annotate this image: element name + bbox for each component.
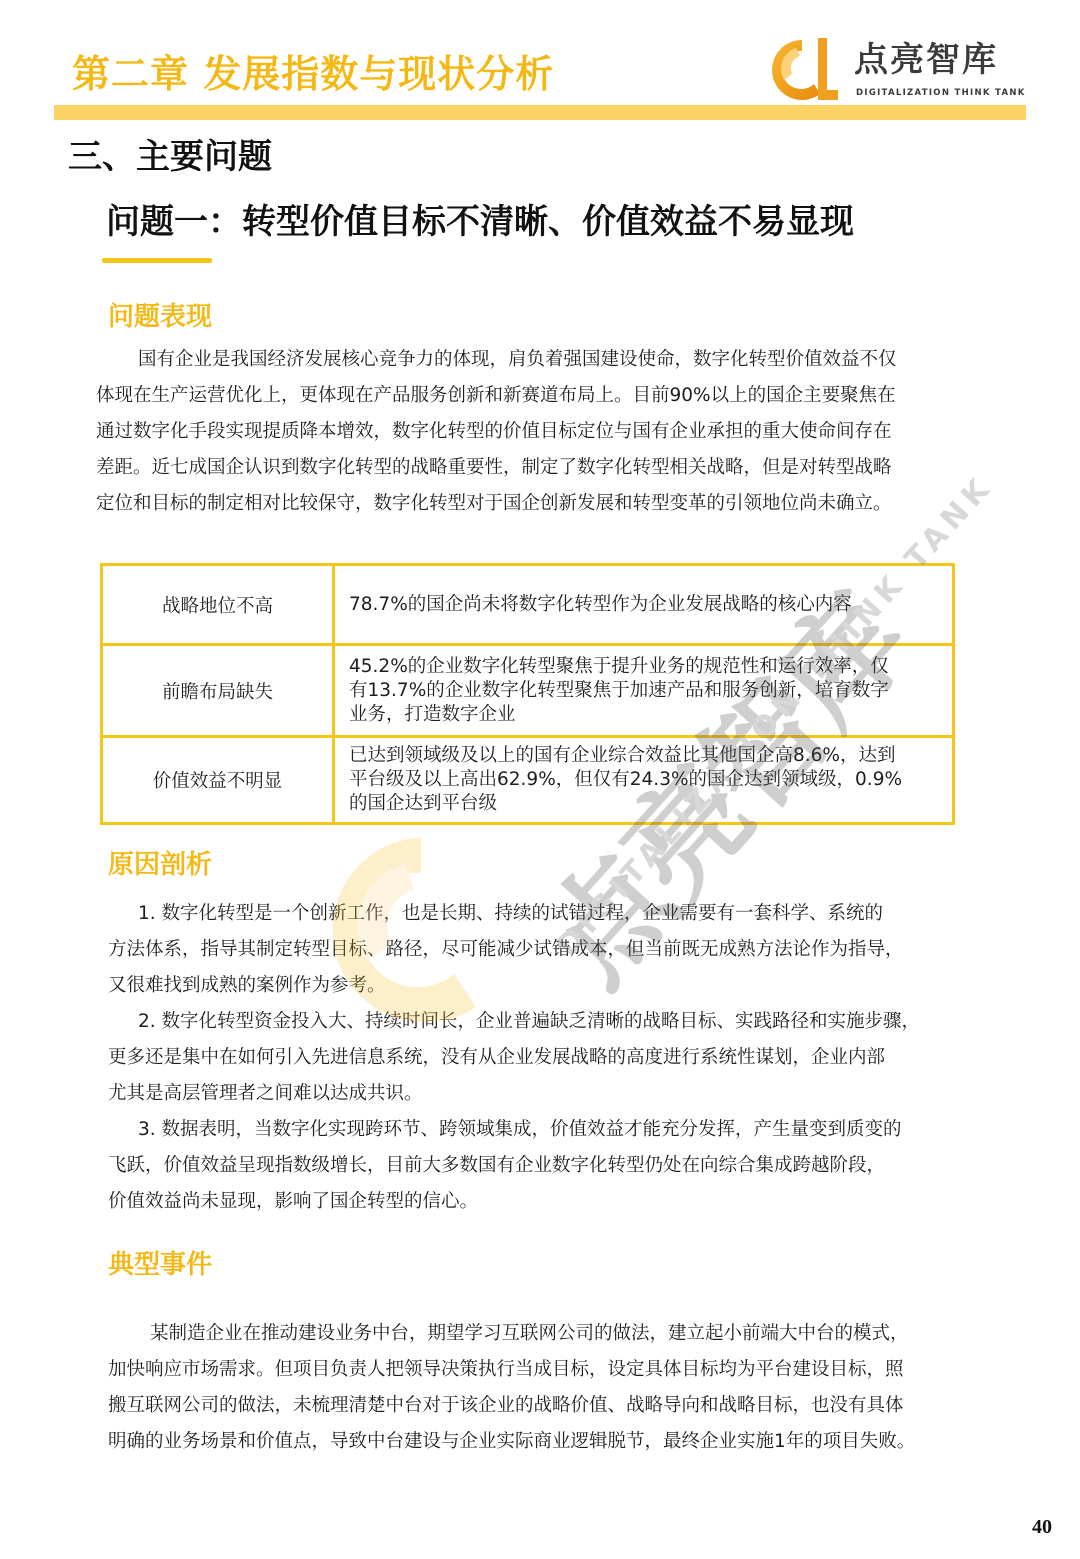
paragraph-line: 差距。近七成国企认识到数字化转型的战略重要性，制定了数字化转型相关战略，但是对转… [96, 450, 897, 486]
paragraph-line: 某制造企业在推动建设业务中台，期望学习互联网公司的做法，建立起小前端大中台的模式… [108, 1316, 915, 1352]
problem-data-table: 战略地位不高 78.7%的国企尚未将数字化转型作为企业发展战略的核心内容 前瞻布… [100, 563, 955, 825]
header-divider-bar [54, 105, 1026, 120]
table-value-line: 有13.7%的企业数字化转型聚焦于加速产品和服务创新，培育数字 [349, 679, 938, 703]
paragraph-line: 1. 数字化转型是一个创新工作，也是长期、持续的试错过程，企业需要有一套科学、系… [108, 896, 920, 932]
paragraph-line: 价值效益尚未显现，影响了国企转型的信心。 [108, 1184, 920, 1220]
paragraph-line: 2. 数字化转型资金投入大、持续时间长，企业普遍缺乏清晰的战略目标、实践路径和实… [108, 1004, 920, 1040]
chapter-title: 第二章 发展指数与现状分析 [72, 50, 554, 98]
table-row-value: 45.2%的企业数字化转型聚焦于提升业务的规范性和运行效率，仅 有13.7%的企… [334, 645, 954, 737]
paragraph-line: 3. 数据表明，当数字化实现跨环节、跨领域集成，价值效益才能充分发挥，产生量变到… [108, 1112, 920, 1148]
table-row: 前瞻布局缺失 45.2%的企业数字化转型聚焦于提升业务的规范性和运行效率，仅 有… [102, 645, 954, 737]
table-row-value: 已达到领域级及以上的国有企业综合效益比其他国企高8.6%，达到 平台级及以上高出… [334, 737, 954, 824]
logo-name-en: DIGITALIZATION THINK TANK [856, 88, 1026, 98]
paragraph-line: 方法体系，指导其制定转型目标、路径，尽可能减少试错成本，但当前既无成熟方法论作为… [108, 932, 920, 968]
paragraph-line: 通过数字化手段实现提质降本增效，数字化转型的价值目标定位与国有企业承担的重大使命… [96, 414, 897, 450]
manifestation-paragraph: 国有企业是我国经济发展核心竞争力的体现，肩负着强国建设使命，数字化转型价值效益不… [96, 342, 897, 522]
causes-heading: 原因剖析 [108, 848, 212, 882]
table-row: 价值效益不明显 已达到领域级及以上的国有企业综合效益比其他国企高8.6%，达到 … [102, 737, 954, 824]
paragraph-line: 尤其是高层管理者之间难以达成共识。 [108, 1076, 920, 1112]
table-value-line: 业务，打造数字企业 [349, 703, 938, 727]
paragraph-line: 更多还是集中在如何引入先进信息系统，没有从企业发展战略的高度进行系统性谋划，企业… [108, 1040, 920, 1076]
table-value-line: 45.2%的企业数字化转型聚焦于提升业务的规范性和运行效率，仅 [349, 655, 938, 679]
brand-logo: 点亮智库 DIGITALIZATION THINK TANK [762, 34, 1032, 104]
paragraph-line: 国有企业是我国经济发展核心竞争力的体现，肩负着强国建设使命，数字化转型价值效益不… [96, 342, 897, 378]
logo-name-cn: 点亮智库 [854, 40, 998, 80]
case-heading: 典型事件 [108, 1248, 212, 1282]
dianliang-logo-mark-icon [762, 34, 842, 104]
paragraph-line: 定位和目标的制定相对比较保守，数字化转型对于国企创新发展和转型变革的引领地位尚未… [96, 486, 897, 522]
section-title: 三、主要问题 [68, 134, 272, 180]
table-row-label: 前瞻布局缺失 [102, 645, 334, 737]
paragraph-line: 搬互联网公司的做法，未梳理清楚中台对于该企业的战略价值、战略导向和战略目标，也没… [108, 1388, 915, 1424]
case-paragraph: 某制造企业在推动建设业务中台，期望学习互联网公司的做法，建立起小前端大中台的模式… [108, 1316, 915, 1460]
table-value-line: 78.7%的国企尚未将数字化转型作为企业发展战略的核心内容 [349, 593, 938, 617]
paragraph-line: 体现在生产运营优化上，更体现在产品服务创新和新赛道布局上。目前90%以上的国企主… [96, 378, 897, 414]
problem-title: 问题一：转型价值目标不清晰、价值效益不易显现 [106, 198, 854, 246]
table-value-line: 已达到领域级及以上的国有企业综合效益比其他国企高8.6%，达到 [349, 744, 938, 768]
table-value-line: 的国企达到平台级 [349, 792, 938, 816]
manifestation-heading: 问题表现 [108, 300, 212, 334]
table-row: 战略地位不高 78.7%的国企尚未将数字化转型作为企业发展战略的核心内容 [102, 565, 954, 645]
table-row-label: 价值效益不明显 [102, 737, 334, 824]
table-value-line: 平台级及以上高出62.9%，但仅有24.3%的国企达到领域级，0.9% [349, 768, 938, 792]
problem-title-underline [102, 258, 212, 263]
paragraph-line: 加快响应市场需求。但项目负责人把领导决策执行当成目标，设定具体目标均为平台建设目… [108, 1352, 915, 1388]
table-row-value: 78.7%的国企尚未将数字化转型作为企业发展战略的核心内容 [334, 565, 954, 645]
paragraph-line: 又很难找到成熟的案例作为参考。 [108, 968, 920, 1004]
causes-paragraphs: 1. 数字化转型是一个创新工作，也是长期、持续的试错过程，企业需要有一套科学、系… [108, 896, 920, 1220]
table-row-label: 战略地位不高 [102, 565, 334, 645]
paragraph-line: 飞跃，价值效益呈现指数级增长，目前大多数国有企业数字化转型仍处在向综合集成跨越阶… [108, 1148, 920, 1184]
paragraph-line: 明确的业务场景和价值点，导致中台建设与企业实际商业逻辑脱节，最终企业实施1年的项… [108, 1424, 915, 1460]
page-number: 40 [1032, 1516, 1052, 1539]
